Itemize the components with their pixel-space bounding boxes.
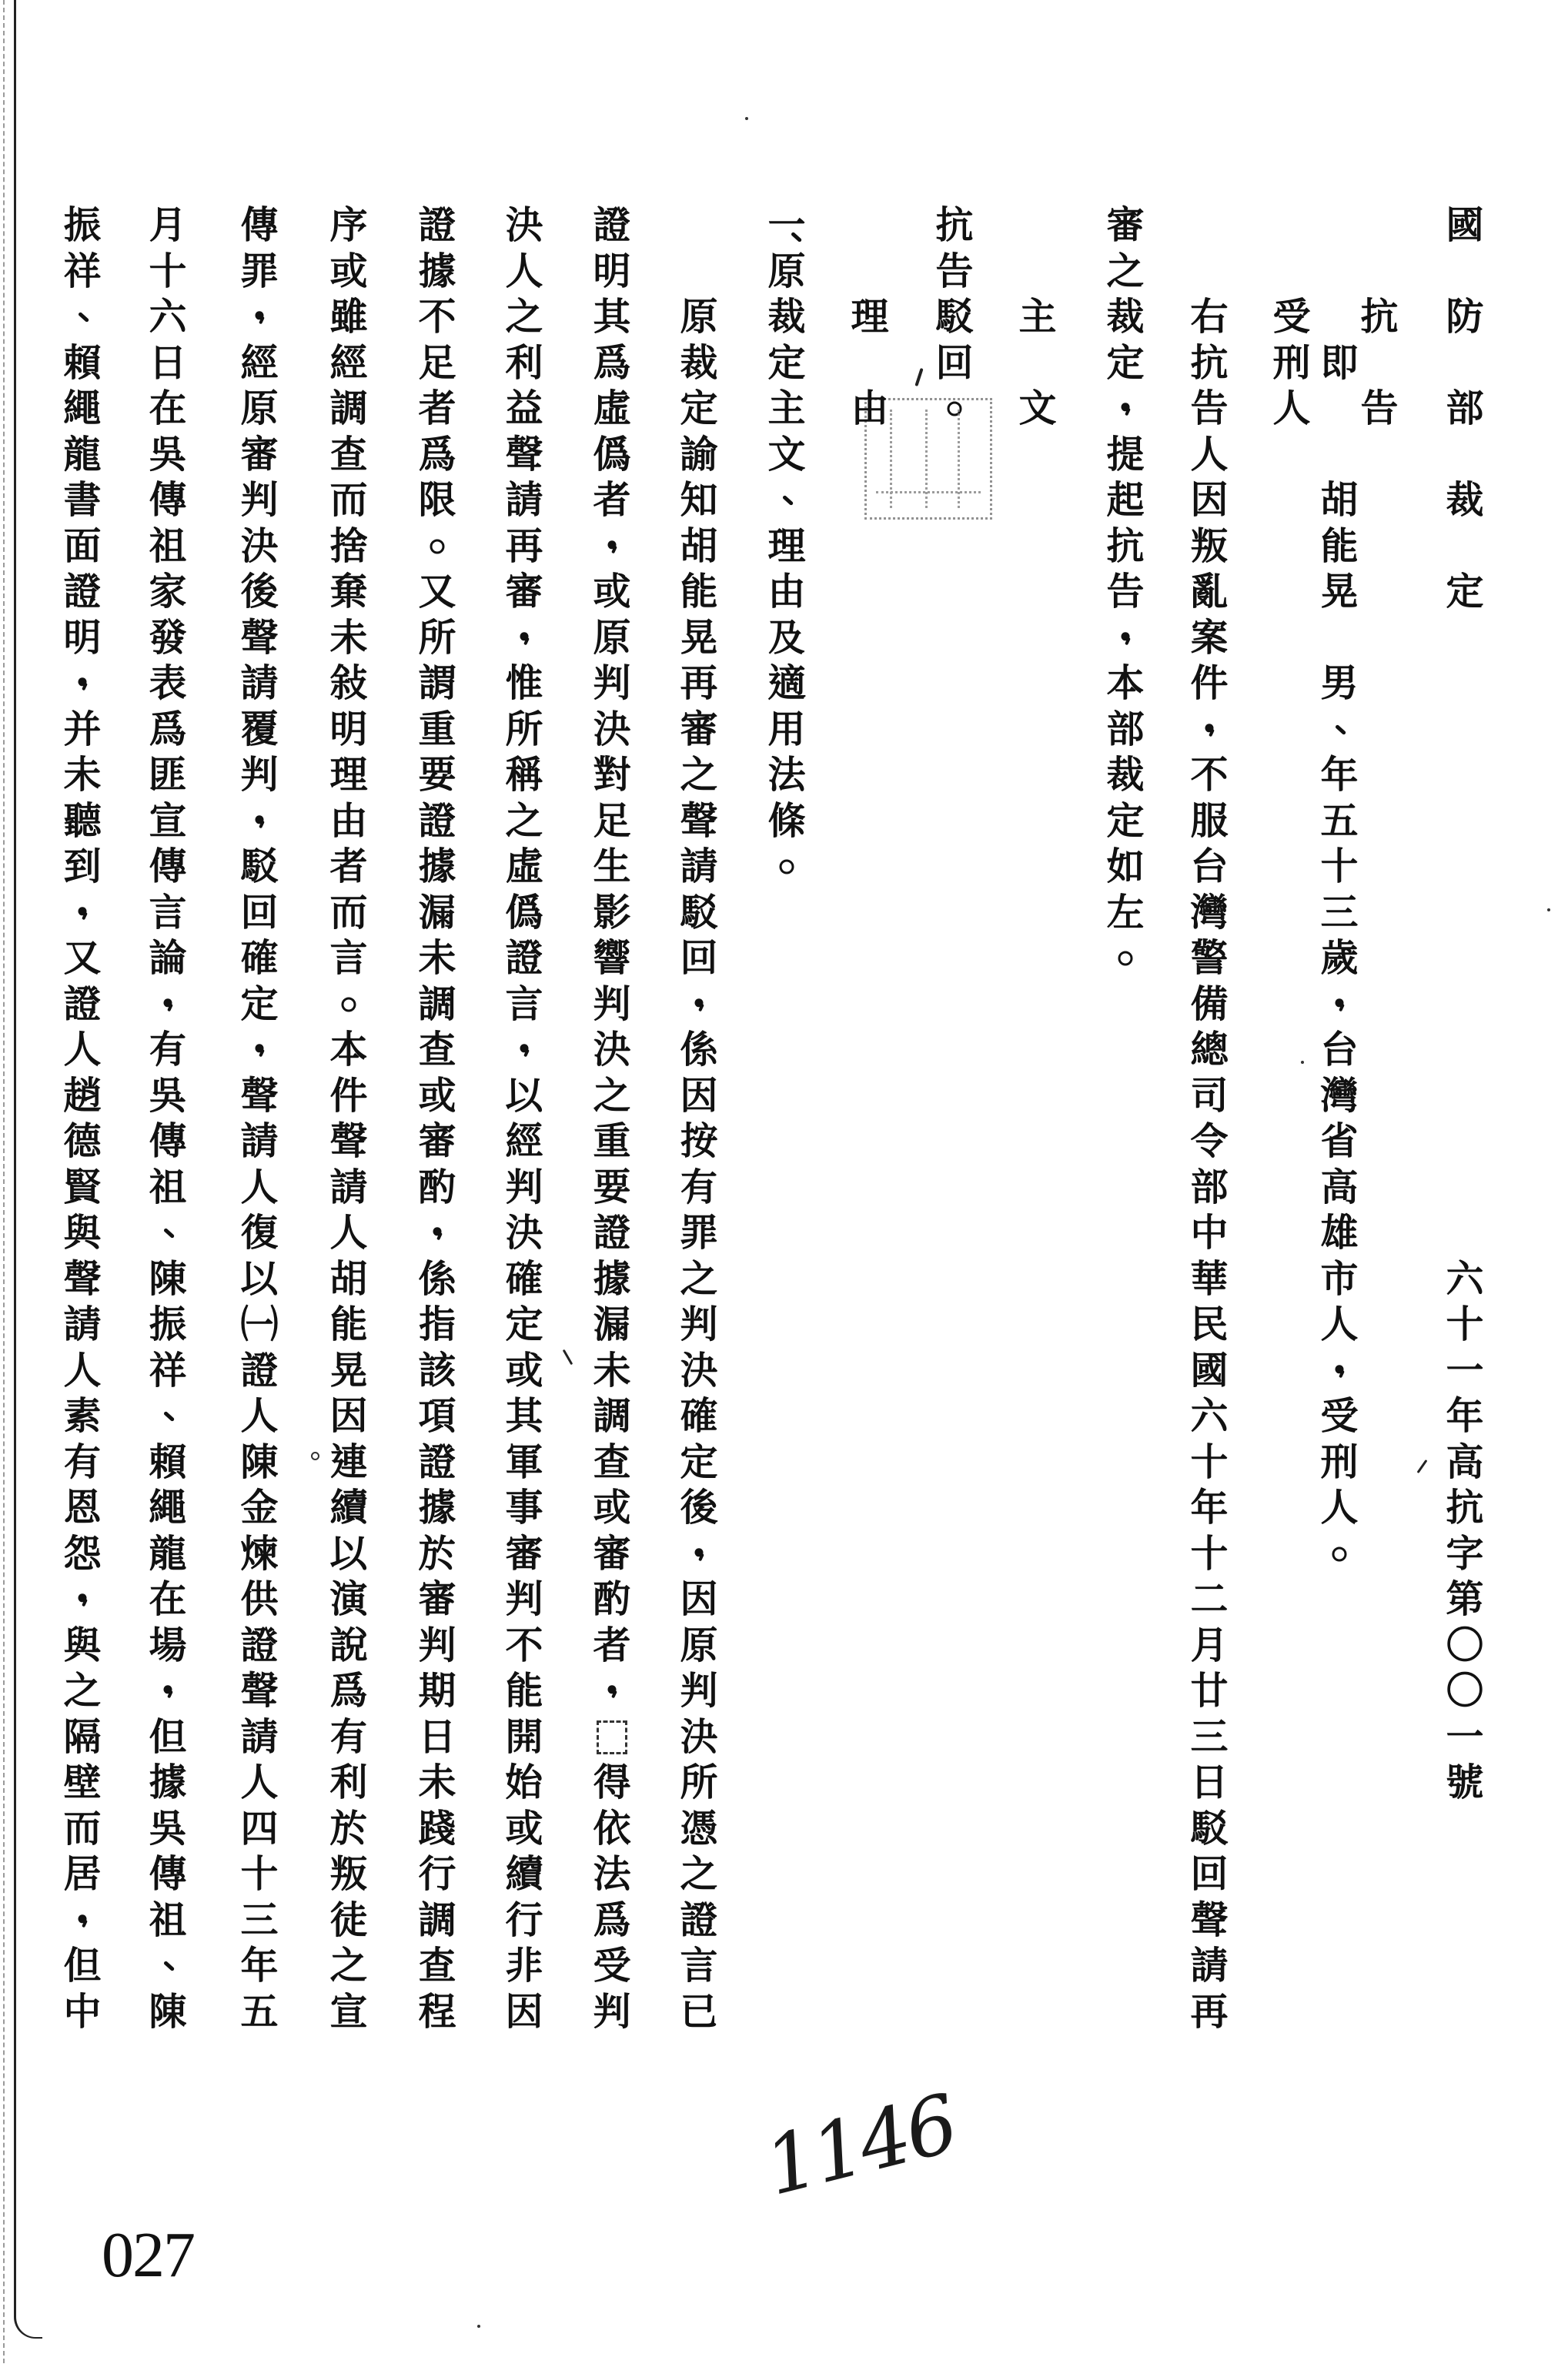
character: 傳: [236, 202, 283, 249]
character: 不: [501, 1623, 547, 1669]
character: 祥: [59, 249, 105, 295]
character: 并: [59, 707, 105, 753]
character: 定: [764, 340, 810, 386]
character: 灣: [1186, 890, 1232, 936]
character: 文: [1015, 386, 1061, 432]
character: 件: [1186, 660, 1232, 707]
character: 因: [326, 1393, 372, 1439]
character: 者: [414, 386, 460, 432]
character: 聲: [236, 1073, 283, 1119]
character: 日: [145, 340, 191, 386]
character: 吳: [145, 1806, 191, 1852]
punctuation-mark: 、: [784, 226, 807, 249]
character: 爲: [589, 340, 635, 386]
character: 證: [414, 798, 460, 844]
character: 表: [145, 660, 191, 707]
character: 限: [414, 477, 460, 523]
pen-tick-mark: [563, 1349, 573, 1366]
character: 酌: [589, 1577, 635, 1623]
character: 惟: [501, 660, 547, 707]
character: 十: [145, 249, 191, 295]
character: 〇: [1442, 1623, 1488, 1669]
character: 聲: [676, 798, 722, 844]
character: 聲: [1186, 1898, 1232, 1944]
character: 歲: [1316, 935, 1362, 981]
character: 家: [145, 569, 191, 615]
character: 審: [236, 432, 283, 478]
character: 要: [589, 1165, 635, 1211]
character: 五: [236, 1989, 283, 2035]
character: 言: [145, 890, 191, 936]
character: 據: [414, 249, 460, 295]
character: 金: [236, 1485, 283, 1531]
character: 諭: [676, 432, 722, 478]
character: 覆: [236, 707, 283, 753]
character: 經: [326, 340, 372, 386]
character: 敍: [326, 660, 372, 707]
character: 不: [414, 294, 460, 340]
character: 稱: [501, 752, 547, 798]
character: 又: [414, 569, 460, 615]
character: 面: [59, 523, 105, 570]
character: 決: [589, 707, 635, 753]
character: 之: [501, 294, 547, 340]
character: 能: [1316, 523, 1362, 570]
character: 爲: [414, 432, 460, 478]
character: 而: [326, 477, 372, 523]
character: 十: [236, 1851, 283, 1898]
character: 決: [676, 1348, 722, 1394]
party-details: 男、年五十三歲，台灣省高雄市人，受刑人。: [1316, 660, 1362, 1577]
punctuation-mark: ，: [145, 1668, 191, 1714]
character: 係: [676, 1027, 722, 1073]
character: 而: [326, 890, 372, 936]
character: 期: [414, 1668, 460, 1714]
character: 請: [1186, 1943, 1232, 1989]
punctuation-mark: ，: [1316, 1348, 1362, 1394]
character: 人: [1186, 432, 1232, 478]
character: 利: [326, 1760, 372, 1806]
character: 月: [1186, 1623, 1232, 1669]
character: 聲: [501, 432, 547, 478]
character: 爲: [326, 1668, 372, 1714]
punctuation-mark: 。: [414, 523, 460, 570]
character: 文: [764, 432, 810, 478]
reasons-heading: 理由: [847, 294, 893, 432]
character: 煉: [236, 1531, 283, 1577]
punctuation-mark: ，: [501, 615, 547, 661]
character: 非: [501, 1943, 547, 1989]
punctuation-mark: 、: [59, 294, 105, 340]
character: 吳: [145, 432, 191, 478]
character: 居: [59, 1851, 105, 1898]
punctuation-mark: ，: [59, 1898, 105, 1944]
character: 發: [145, 615, 191, 661]
character: 證: [676, 1898, 722, 1944]
character: 以: [236, 1256, 283, 1302]
character: 民: [1186, 1302, 1232, 1348]
character: 請: [236, 660, 283, 707]
character: 號: [1442, 1760, 1488, 1806]
character: 調: [414, 981, 460, 1028]
character: 項: [414, 1393, 460, 1439]
character: 適: [764, 660, 810, 707]
character: 雖: [326, 294, 372, 340]
character: 中: [1186, 1210, 1232, 1256]
character: 人: [1269, 386, 1315, 432]
character: 人: [236, 1165, 283, 1211]
punctuation-mark: ，: [145, 981, 191, 1028]
character: 證: [59, 569, 105, 615]
character: ㈠: [236, 1302, 283, 1348]
punctuation-mark: ，: [236, 798, 283, 844]
character: 以: [501, 1073, 547, 1119]
seal-inner-line: [876, 491, 981, 493]
punctuation-mark: 。: [1316, 1531, 1362, 1577]
character: 裁: [1102, 752, 1148, 798]
character: 明: [589, 249, 635, 295]
character: 傳: [145, 1851, 191, 1898]
character: 未: [589, 1348, 635, 1394]
character: 未: [59, 752, 105, 798]
character: 省: [1316, 1118, 1362, 1165]
character: 原: [676, 294, 722, 340]
character: 六: [145, 294, 191, 340]
body-line: 振祥、賴繩龍書面證明，并未聽到，又證人趙德賢與聲請人素有恩怨，與之隔壁而居，但中: [59, 202, 105, 2035]
character: 原: [236, 386, 283, 432]
pen-tick-mark: [1417, 1460, 1428, 1473]
character: 或: [414, 1073, 460, 1119]
character: 市: [1316, 1256, 1362, 1302]
character: 右: [1186, 294, 1232, 340]
character: 壁: [59, 1760, 105, 1806]
section-heading: 一、原裁定主文、理由及適用法條。: [764, 202, 810, 890]
punctuation-mark: ，: [589, 523, 635, 570]
character: 賴: [59, 340, 105, 386]
character: 續: [326, 1485, 372, 1531]
character: 裁: [1102, 294, 1148, 340]
character: 或: [589, 569, 635, 615]
character: 人: [236, 1393, 283, 1439]
character: 罪: [676, 1210, 722, 1256]
character: 請: [326, 1165, 372, 1211]
character: 原: [764, 249, 810, 295]
character: 台: [1186, 844, 1232, 890]
character: 原: [589, 615, 635, 661]
character: 高: [1316, 1165, 1362, 1211]
character: 證: [501, 935, 547, 981]
character: 人: [1316, 1485, 1362, 1531]
character: 月: [145, 202, 191, 249]
character: 程: [414, 1989, 460, 2035]
character: 未: [326, 615, 372, 661]
character: 聲: [236, 1668, 283, 1714]
character: 之: [676, 752, 722, 798]
character: 經: [236, 340, 283, 386]
character: 理: [847, 294, 893, 340]
character: 服: [1186, 798, 1232, 844]
character: 爲: [145, 707, 191, 753]
character: 胡: [676, 523, 722, 570]
character: 決: [589, 1027, 635, 1073]
character: 回: [676, 935, 722, 981]
character: 在: [145, 1577, 191, 1623]
character: 足: [414, 340, 460, 386]
character: 在: [145, 386, 191, 432]
party-role-label: 抗告: [1356, 294, 1403, 432]
character: 警: [1186, 935, 1232, 981]
character: 定: [676, 386, 722, 432]
character: 審: [414, 1118, 460, 1165]
character: 影: [589, 890, 635, 936]
character: 響: [589, 935, 635, 981]
character: 振: [59, 202, 105, 249]
body-line: 決人之利益聲請再審，惟所稱之虛僞證言，以經判決確定或其軍事審判不能開始或續行非因: [501, 202, 547, 2035]
character: 查: [414, 1943, 460, 1989]
character: 由: [764, 569, 810, 615]
character: 年: [1186, 1485, 1232, 1531]
character: 之: [326, 1943, 372, 1989]
scan-edge-dashed-line: [3, 0, 5, 2363]
character: 請: [236, 1118, 283, 1165]
character: 主: [1015, 294, 1061, 340]
punctuation-mark: ，: [236, 294, 283, 340]
character: 證: [236, 1348, 283, 1394]
party-role-connector: 即: [1316, 340, 1362, 386]
character: 查: [414, 1027, 460, 1073]
character: 用: [764, 707, 810, 753]
character: 由: [326, 798, 372, 844]
character: 證: [59, 981, 105, 1028]
body-line: 證明其爲虛僞者，或原判決對足生影響判決之重要證據漏未調查或審酌者，□得依法爲受判: [589, 202, 635, 2035]
punctuation-mark: ，: [59, 1577, 105, 1623]
character: 聽: [59, 798, 105, 844]
character: 判: [676, 1668, 722, 1714]
character: 開: [501, 1714, 547, 1760]
character: 日: [414, 1714, 460, 1760]
character: 行: [414, 1851, 460, 1898]
character: 因: [501, 1989, 547, 2035]
punctuation-mark: 、: [145, 1943, 191, 1989]
character: 所: [414, 615, 460, 661]
character: 原: [676, 1623, 722, 1669]
party-role-label-2: 受刑人: [1269, 294, 1315, 432]
character: 告: [1356, 386, 1403, 432]
character: 爲: [589, 1898, 635, 1944]
character: 有: [676, 1165, 722, 1211]
character: 知: [676, 477, 722, 523]
character: 序: [326, 202, 372, 249]
character: 叛: [326, 1851, 372, 1898]
character: 請: [501, 477, 547, 523]
character: 按: [676, 1118, 722, 1165]
character: 及: [764, 615, 810, 661]
character: 或: [501, 1806, 547, 1852]
character: 請: [676, 844, 722, 890]
character: 六: [1186, 1393, 1232, 1439]
character: 決: [676, 1714, 722, 1760]
character: 明: [326, 707, 372, 753]
character: 受: [1269, 294, 1315, 340]
character: 晃: [676, 615, 722, 661]
character: 人: [236, 1760, 283, 1806]
character: 聲: [59, 1256, 105, 1302]
character: 得: [589, 1760, 635, 1806]
character: 十: [1186, 1439, 1232, 1486]
character: 聲: [326, 1118, 372, 1165]
handwritten-folio-number: 1146: [757, 2081, 963, 2209]
character: 裁: [676, 340, 722, 386]
character: 左: [1102, 890, 1148, 936]
character: 回: [236, 890, 283, 936]
punctuation-mark: ，: [59, 660, 105, 707]
character: 能: [501, 1668, 547, 1714]
character: 抗: [1102, 523, 1148, 570]
character: 指: [414, 1302, 460, 1348]
character: 虛: [501, 844, 547, 890]
character: 男: [1316, 660, 1362, 707]
scan-speck: [1301, 1061, 1304, 1064]
character: 調: [589, 1393, 635, 1439]
character: 人: [59, 1348, 105, 1394]
character: 雄: [1316, 1210, 1362, 1256]
character: 本: [1102, 660, 1148, 707]
character: 廿: [1186, 1668, 1232, 1714]
character: 本: [326, 1027, 372, 1073]
character: 四: [236, 1806, 283, 1852]
pen-tick-mark: [914, 368, 923, 386]
character: 定: [1102, 798, 1148, 844]
character: 判: [501, 1165, 547, 1211]
character: 晃: [326, 1348, 372, 1394]
ruling-heading: 主文: [1015, 294, 1061, 432]
character: 判: [236, 477, 283, 523]
character: 或: [326, 249, 372, 295]
character: 不: [1186, 752, 1232, 798]
punctuation-mark: ，: [1102, 386, 1148, 432]
character: 抗: [931, 202, 978, 249]
scan-speck: [1547, 908, 1550, 911]
character: 者: [326, 844, 372, 890]
character: 條: [764, 798, 810, 844]
character: 傳: [145, 1118, 191, 1165]
character: 起: [1102, 477, 1148, 523]
character: 抗: [1186, 340, 1232, 386]
character: 十: [1442, 1302, 1488, 1348]
party-name: 胡能晃: [1316, 477, 1362, 615]
punctuation-mark: ，: [236, 1027, 283, 1073]
character: 亂: [1186, 569, 1232, 615]
character: 以: [326, 1531, 372, 1577]
punctuation-mark: 。: [1102, 935, 1148, 981]
character: 利: [501, 340, 547, 386]
character: 裁: [1442, 477, 1488, 523]
character: 繩: [59, 386, 105, 432]
character: 演: [326, 1577, 372, 1623]
character: 之: [1102, 249, 1148, 295]
redacted-character: □: [589, 1714, 635, 1760]
character: 益: [501, 386, 547, 432]
character: 再: [676, 660, 722, 707]
character: 刑: [1316, 1439, 1362, 1486]
character: 受: [1316, 1393, 1362, 1439]
character: 後: [236, 569, 283, 615]
character: 與: [59, 1210, 105, 1256]
character: 供: [236, 1577, 283, 1623]
character: 事: [501, 1485, 547, 1531]
character: 言: [326, 935, 372, 981]
character: 連: [326, 1439, 372, 1486]
character: 查: [326, 432, 372, 478]
punctuation-mark: 。: [326, 981, 372, 1028]
character: 生: [589, 844, 635, 890]
character: 因: [1186, 477, 1232, 523]
character: 受: [589, 1943, 635, 1989]
character: 振: [145, 1302, 191, 1348]
character: 中: [59, 1989, 105, 2035]
character: 告: [931, 249, 978, 295]
character: 叛: [1186, 523, 1232, 570]
character: 駁: [236, 844, 283, 890]
body-line: 原裁定諭知胡能晃再審之聲請駁回，係因按有罪之判決確定後，因原判決所憑之證言已: [676, 294, 722, 2035]
character: 已: [676, 1989, 722, 2035]
punctuation-mark: ，: [501, 1027, 547, 1073]
character: 漏: [414, 890, 460, 936]
character: 總: [1186, 1027, 1232, 1073]
character: 重: [414, 707, 460, 753]
character: 陳: [145, 1989, 191, 2035]
character: 〇: [1442, 1668, 1488, 1714]
character: 回: [1186, 1851, 1232, 1898]
punctuation-mark: 、: [145, 1393, 191, 1439]
character: 素: [59, 1393, 105, 1439]
character: 賴: [145, 1439, 191, 1486]
character: 由: [847, 386, 893, 432]
character: 字: [1442, 1531, 1488, 1577]
character: 祖: [145, 1898, 191, 1944]
character: 而: [59, 1806, 105, 1852]
punctuation-mark: ，: [1186, 707, 1232, 753]
punctuation-mark: ，: [414, 1210, 460, 1256]
character: 祖: [145, 523, 191, 570]
character: 所: [501, 707, 547, 753]
character: 再: [1186, 1989, 1232, 2035]
character: 提: [1102, 432, 1148, 478]
character: 人: [1316, 1302, 1362, 1348]
character: 據: [414, 844, 460, 890]
character: 判: [501, 1577, 547, 1623]
character: 主: [764, 386, 810, 432]
punctuation-mark: ，: [676, 981, 722, 1028]
character: 駁: [1186, 1806, 1232, 1852]
character: 年: [1442, 1393, 1488, 1439]
character: 年: [236, 1943, 283, 1989]
punctuation-mark: 、: [764, 477, 810, 523]
scan-speck: [745, 117, 748, 120]
character: 吳: [145, 1073, 191, 1119]
document-title: 國防部裁定: [1442, 202, 1488, 615]
character: 者: [589, 1623, 635, 1669]
character: 調: [326, 386, 372, 432]
character: 傳: [145, 844, 191, 890]
punctuation-mark: 、: [145, 1210, 191, 1256]
character: 據: [414, 1485, 460, 1531]
character: 僞: [501, 890, 547, 936]
character: 明: [59, 615, 105, 661]
character: 定: [676, 1439, 722, 1486]
character: 要: [414, 752, 460, 798]
character: 部: [1102, 707, 1148, 753]
